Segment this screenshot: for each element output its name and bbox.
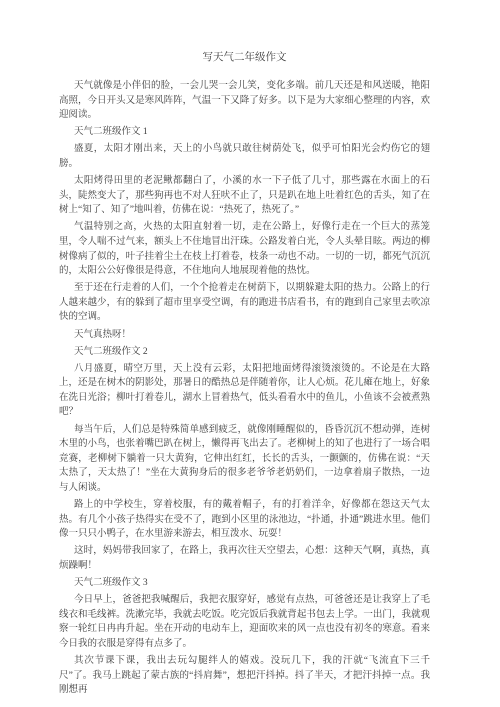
paragraph: 天气真热呀！ [59,328,430,343]
paragraph: 盛夏，太阳才刚出来，天上的小鸟就只敢往树荫处飞，似乎可怕阳光会灼伤它的翅膀。 [59,142,430,171]
paragraph: 其次节课下课，我出去玩勾腿绊人的嬉戏。没玩几下，我的汗就“飞流直下三千尺”了。我… [59,654,430,698]
paragraph: 八月盛夏，晴空万里，天上没有云彩，太阳把地面烤得滚烫滚烫的。不论是在大路上，还是… [59,362,430,420]
document-title: 写天气二年级作文 [59,50,430,65]
document-body: 天气就像是小伴侣的脸，一会儿哭一会儿笑，变化多端。前几天还是和风送暖，艳阳高照，… [59,79,430,698]
paragraph: 天气就像是小伴侣的脸，一会儿哭一会儿笑，变化多端。前几天还是和风送暖，艳阳高照，… [59,79,430,123]
paragraph: 至于还在行走着的人们，一个个抢着走在树荫下，以期躲避太阳的热力。公路上的行人越来… [59,281,430,325]
paragraph: 今日早上，爸爸把我喊醒后，我把衣服穿好，感觉有点热，可爸爸还是让我穿上了毛线衣和… [59,593,430,651]
paragraph: 气温特别之高，火热的太阳直射着一切，走在公路上，好像行走在一个巨大的蒸笼里，令人… [59,220,430,278]
paragraph: 这时，妈妈带我回家了，在路上，我再次往天空望去，心想：这种天气啊，真热，真烦躁啊… [59,544,430,573]
essay-heading: 天气二班级作文 1 [59,125,430,140]
essay-heading: 天气二班级作文 3 [59,576,430,591]
paragraph: 每当午后，人们总是特殊简单感到疲乏，就像刚睡醒似的，昏昏沉沉不想动弹，连树木里的… [59,423,430,496]
document-page: 写天气二年级作文 天气就像是小伴侣的脸，一会儿哭一会儿笑，变化多端。前几天还是和… [0,0,500,707]
paragraph: 太阳烤得田里的老泥鳅都翻白了，小溪的水一下子低了几寸，那些露在水面上的石头，陡然… [59,174,430,218]
essay-heading: 天气二班级作文 2 [59,345,430,360]
paragraph: 路上的中学校生，穿着校服，有的戴着帽子，有的打着洋伞，好像都在怨这天气太热。有几… [59,498,430,542]
